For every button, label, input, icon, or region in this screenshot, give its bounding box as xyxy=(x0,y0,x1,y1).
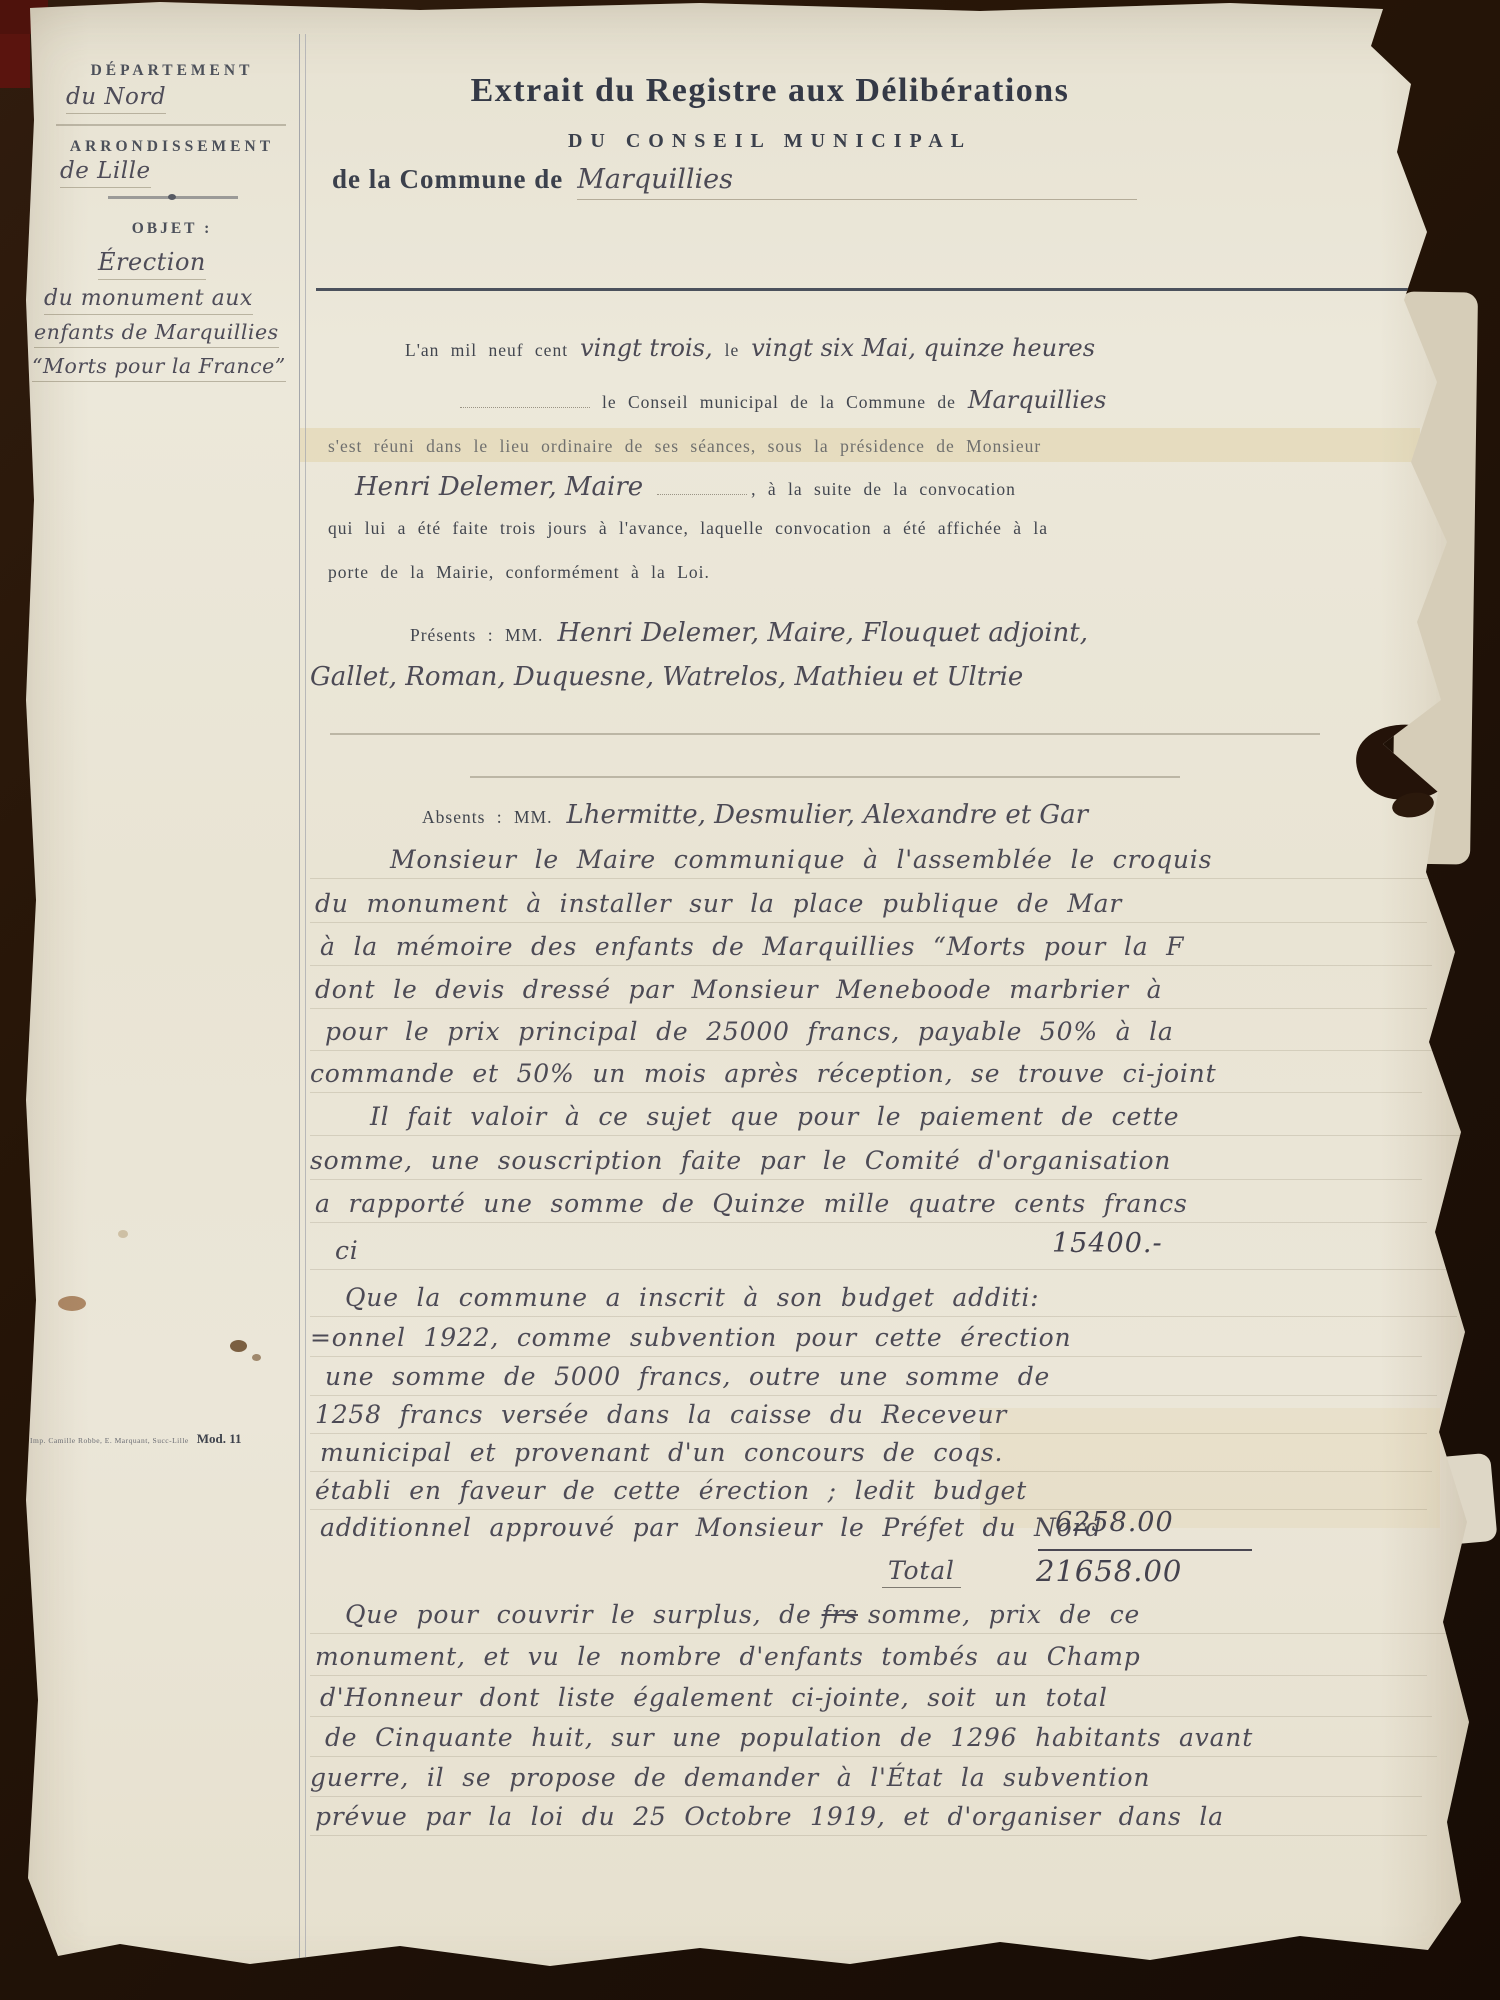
line-absents: Absents : MM. Lhermitte, Desmulier, Alex… xyxy=(310,800,1500,830)
handwritten-entry: Lhermitte, Desmulier, Alexandre et Gar xyxy=(567,800,1089,830)
arrondissement-label: ARRONDISSEMENT xyxy=(38,138,306,156)
objet-line-handwritten: enfants de Marquillies xyxy=(34,320,279,348)
handwritten-entry: Gallet, Roman, Duquesne, Watrelos, Mathi… xyxy=(310,662,1023,692)
deliberation-line: d'Honneur dont liste également ci-jointe… xyxy=(310,1683,1432,1717)
deliberation-line: 1258 francs versée dans la caisse du Rec… xyxy=(310,1400,1427,1434)
divider xyxy=(108,196,238,199)
document-subtitle: DU CONSEIL MUNICIPAL xyxy=(310,130,1230,153)
document-title: Extrait du Registre aux Délibérations xyxy=(310,72,1230,110)
printed-text: le xyxy=(725,340,740,360)
total-amount: 21658.00 xyxy=(1036,1554,1182,1588)
commune-line: de la Commune de Marquillies xyxy=(310,164,1444,200)
handwritten-entry: vingt six Mai, quinze heures xyxy=(751,334,1095,362)
deliberation-line: établi en faveur de cette érection ; led… xyxy=(310,1476,1427,1510)
divider-dot xyxy=(168,194,176,200)
arrondissement-value-handwritten: de Lille xyxy=(60,158,151,188)
printer-mark: Imp. Camille Robbe, E. Marquant, Succ-Li… xyxy=(30,1436,189,1445)
stain xyxy=(230,1340,247,1352)
presents-label: Présents : MM. xyxy=(410,625,543,645)
deliberation-line: Monsieur le Maire communique à l'assembl… xyxy=(310,845,1500,879)
divider xyxy=(56,124,286,126)
line-sest-reuni: s'est réuni dans le lieu ordinaire de se… xyxy=(310,436,1440,457)
handwritten-entry: Henri Delemer, Maire xyxy=(355,472,643,502)
printed-text: qui lui a été faite trois jours à l'avan… xyxy=(328,518,1048,538)
document-paper: DÉPARTEMENT du Nord ARRONDISSEMENT de Li… xyxy=(0,0,1500,2000)
deliberation-line: monument, et vu le nombre d'enfants tomb… xyxy=(310,1642,1427,1676)
deliberation-line: Que pour couvrir le surplus, de xyxy=(345,1600,812,1629)
printed-text: s'est réuni dans le lieu ordinaire de se… xyxy=(328,436,1041,456)
printed-text: L'an mil neuf cent xyxy=(405,340,568,360)
printed-text: porte de la Mairie, conformément à la Lo… xyxy=(328,562,710,582)
line-presents-2: Gallet, Roman, Duquesne, Watrelos, Mathi… xyxy=(310,662,1422,692)
stain xyxy=(118,1230,128,1238)
commune-value-handwritten: Marquillies xyxy=(577,164,1137,200)
deliberation-line: municipal et provenant d'un concours de … xyxy=(310,1438,1432,1472)
ruled-line xyxy=(330,733,1320,735)
form-model-number: Mod. 11 xyxy=(197,1431,242,1446)
deliberation-line-with-amount: additionnel approuvé par Monsieur le Pré… xyxy=(310,1513,1432,1542)
deliberation-line: additionnel approuvé par Monsieur le Pré… xyxy=(320,1513,1102,1542)
deliberation-line: une somme de 5000 francs, outre une somm… xyxy=(310,1362,1437,1396)
department-value-handwritten: du Nord xyxy=(66,84,166,114)
handwritten-entry: vingt trois, xyxy=(580,334,713,362)
total-label: Total xyxy=(882,1556,961,1588)
deliberation-line: =onnel 1922, comme subvention pour cette… xyxy=(310,1323,1422,1357)
objet-label: OBJET : xyxy=(38,220,306,238)
struck-word: frs xyxy=(822,1600,858,1629)
deliberation-line: à la mémoire des enfants de Marquillies … xyxy=(310,932,1432,966)
deliberation-line: pour le prix principal de 25000 francs, … xyxy=(310,1017,1437,1051)
deliberation-line: prévue par la loi du 25 Octobre 1919, et… xyxy=(310,1802,1427,1836)
deliberation-line: a rapporté une somme de Quinze mille qua… xyxy=(310,1189,1427,1223)
line-conseil-municipal: le Conseil municipal de la Commune de Ma… xyxy=(310,386,1500,414)
line-lan-mil-neuf-cent: L'an mil neuf cent vingt trois, le vingt… xyxy=(310,334,1500,362)
commune-amount: 6258.00 xyxy=(1055,1507,1174,1538)
printed-text: le Conseil municipal de la Commune de xyxy=(602,392,956,412)
stain xyxy=(58,1296,86,1311)
line-convocation: qui lui a été faite trois jours à l'avan… xyxy=(310,518,1440,539)
deliberation-line: de Cinquante huit, sur une population de… xyxy=(310,1723,1437,1757)
deliberation-line: somme, une souscription faite par le Com… xyxy=(310,1146,1422,1180)
deliberation-line-with-strike: Que pour couvrir le surplus, de frs somm… xyxy=(310,1600,1457,1634)
sum-line xyxy=(1038,1549,1252,1551)
objet-line-handwritten: “Morts pour la France” xyxy=(32,354,286,382)
deliberation-line: commande et 50% un mois après réception,… xyxy=(310,1059,1422,1093)
printed-text: , à la suite de la convocation xyxy=(751,479,1016,499)
deliberation-line: Que la commune a inscrit à son budget ad… xyxy=(310,1283,1457,1317)
line-presents: Présents : MM. Henri Delemer, Maire, Flo… xyxy=(310,618,1500,648)
margin-column: DÉPARTEMENT du Nord ARRONDISSEMENT de Li… xyxy=(38,0,306,2000)
scanned-document-photo: DÉPARTEMENT du Nord ARRONDISSEMENT de Li… xyxy=(0,0,1500,2000)
deliberation-line: dont le devis dressé par Monsieur Menebo… xyxy=(310,975,1427,1009)
deliberation-line: guerre, il se propose de demander à l'Ét… xyxy=(310,1763,1422,1797)
deliberation-line: somme, prix de ce xyxy=(868,1600,1140,1629)
department-label: DÉPARTEMENT xyxy=(38,62,306,80)
printer-imprint: Imp. Camille Robbe, E. Marquant, Succ-Li… xyxy=(30,1430,330,1448)
ruled-line xyxy=(470,776,1180,778)
subscription-total-line: ci 15400.- xyxy=(310,1236,1447,1270)
objet-line-handwritten: Érection xyxy=(98,248,206,280)
dotted-leader xyxy=(460,393,590,408)
stain xyxy=(252,1354,261,1361)
subscription-amount: 15400.- xyxy=(1052,1228,1163,1259)
main-column: Extrait du Registre aux Délibérations DU… xyxy=(310,0,1422,2000)
handwritten-entry: Henri Delemer, Maire, Flouquet adjoint, xyxy=(557,618,1088,648)
objet-line-handwritten: du monument aux xyxy=(44,286,253,315)
handwritten-entry: ci xyxy=(335,1236,359,1265)
line-porte-mairie: porte de la Mairie, conformément à la Lo… xyxy=(310,562,1440,583)
dotted-leader xyxy=(657,480,747,495)
commune-label: de la Commune de xyxy=(332,164,563,194)
deliberation-line: du monument à installer sur la place pub… xyxy=(310,889,1427,923)
absents-label: Absents : MM. xyxy=(422,807,553,827)
line-president: Henri Delemer, Maire , à la suite de la … xyxy=(310,472,1467,502)
handwritten-entry: Marquillies xyxy=(968,386,1106,414)
header-rule xyxy=(316,288,1414,291)
deliberation-line: Il fait valoir à ce sujet que pour le pa… xyxy=(310,1102,1482,1136)
